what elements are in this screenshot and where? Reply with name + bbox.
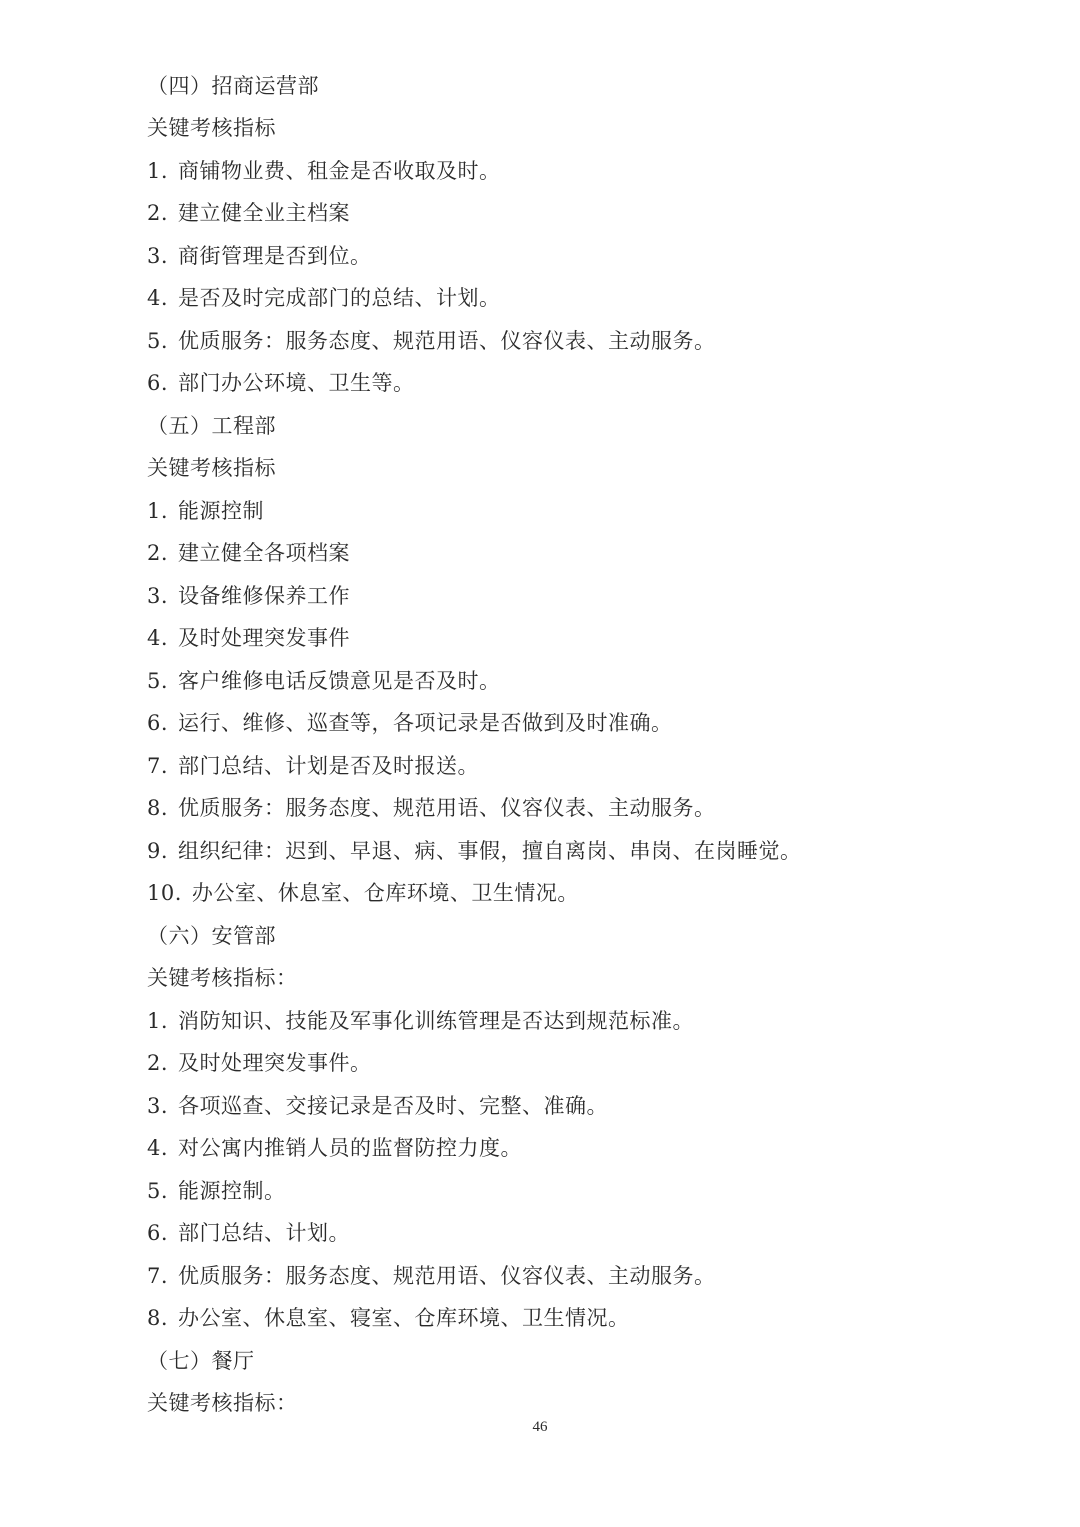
- list-item: 4.及时处理突发事件: [147, 623, 350, 653]
- list-item: 6.运行、维修、巡查等，各项记录是否做到及时准确。: [147, 708, 673, 738]
- list-item: 5.优质服务：服务态度、规范用语、仪容仪表、主动服务。: [147, 326, 716, 356]
- list-item: 3.各项巡查、交接记录是否及时、完整、准确。: [147, 1091, 608, 1121]
- list-item: 3.设备维修保养工作: [147, 581, 350, 611]
- item-number: 2.: [147, 538, 168, 568]
- list-item: 10.办公室、休息室、仓库环境、卫生情况。: [147, 878, 579, 908]
- item-number: 1.: [147, 1006, 168, 1036]
- list-item: 2.建立健全各项档案: [147, 538, 350, 568]
- page-number: 46: [0, 1417, 1080, 1437]
- list-item: 7.部门总结、计划是否及时报送。: [147, 751, 479, 781]
- item-text: 办公室、休息室、仓库环境、卫生情况。: [192, 881, 579, 905]
- item-text: 消防知识、技能及军事化训练管理是否达到规范标准。: [178, 1009, 694, 1033]
- list-item: 6.部门总结、计划。: [147, 1218, 350, 1248]
- section-title-6: （六）安管部: [147, 921, 276, 951]
- item-number: 7.: [147, 751, 168, 781]
- item-number: 10.: [147, 878, 182, 908]
- item-text: 及时处理突发事件。: [178, 1051, 372, 1075]
- list-item: 4.是否及时完成部门的总结、计划。: [147, 283, 501, 313]
- item-text: 及时处理突发事件: [178, 626, 350, 650]
- item-number: 1.: [147, 156, 168, 186]
- list-item: 3.商街管理是否到位。: [147, 241, 372, 271]
- document-page: （四）招商运营部 关键考核指标 1.商铺物业费、租金是否收取及时。 2.建立健全…: [0, 0, 1080, 1527]
- item-text: 对公寓内推销人员的监督防控力度。: [178, 1136, 522, 1160]
- section-title-5: （五）工程部: [147, 411, 276, 441]
- item-text: 各项巡查、交接记录是否及时、完整、准确。: [178, 1094, 608, 1118]
- item-text: 部门办公环境、卫生等。: [178, 371, 415, 395]
- kpi-label: 关键考核指标: [147, 113, 276, 143]
- list-item: 8.优质服务：服务态度、规范用语、仪容仪表、主动服务。: [147, 793, 716, 823]
- item-text: 建立健全各项档案: [178, 541, 350, 565]
- item-number: 7.: [147, 1261, 168, 1291]
- item-text: 优质服务：服务态度、规范用语、仪容仪表、主动服务。: [178, 329, 716, 353]
- list-item: 1.消防知识、技能及军事化训练管理是否达到规范标准。: [147, 1006, 694, 1036]
- item-number: 8.: [147, 1303, 168, 1333]
- item-number: 4.: [147, 283, 168, 313]
- item-text: 商街管理是否到位。: [178, 244, 372, 268]
- item-text: 能源控制: [178, 499, 264, 523]
- item-number: 5.: [147, 326, 168, 356]
- item-number: 3.: [147, 1091, 168, 1121]
- item-number: 6.: [147, 708, 168, 738]
- item-number: 4.: [147, 623, 168, 653]
- list-item: 5.客户维修电话反馈意见是否及时。: [147, 666, 501, 696]
- item-text: 部门总结、计划。: [178, 1221, 350, 1245]
- item-text: 组织纪律：迟到、早退、病、事假，擅自离岗、串岗、在岗睡觉。: [178, 839, 802, 863]
- item-text: 设备维修保养工作: [178, 584, 350, 608]
- item-text: 建立健全业主档案: [178, 201, 350, 225]
- list-item: 7.优质服务：服务态度、规范用语、仪容仪表、主动服务。: [147, 1261, 716, 1291]
- kpi-label: 关键考核指标：: [147, 1388, 298, 1418]
- item-text: 部门总结、计划是否及时报送。: [178, 754, 479, 778]
- list-item: 6.部门办公环境、卫生等。: [147, 368, 415, 398]
- item-number: 5.: [147, 666, 168, 696]
- item-text: 是否及时完成部门的总结、计划。: [178, 286, 501, 310]
- item-number: 2.: [147, 1048, 168, 1078]
- list-item: 1.商铺物业费、租金是否收取及时。: [147, 156, 501, 186]
- item-number: 3.: [147, 581, 168, 611]
- item-number: 1.: [147, 496, 168, 526]
- kpi-label: 关键考核指标：: [147, 963, 298, 993]
- item-text: 优质服务：服务态度、规范用语、仪容仪表、主动服务。: [178, 796, 716, 820]
- section-title-7: （七）餐厅: [147, 1346, 255, 1376]
- item-number: 9.: [147, 836, 168, 866]
- list-item: 9.组织纪律：迟到、早退、病、事假，擅自离岗、串岗、在岗睡觉。: [147, 836, 802, 866]
- item-number: 6.: [147, 368, 168, 398]
- list-item: 1.能源控制: [147, 496, 264, 526]
- list-item: 2.建立健全业主档案: [147, 198, 350, 228]
- item-number: 4.: [147, 1133, 168, 1163]
- section-title-4: （四）招商运营部: [147, 71, 319, 101]
- item-text: 运行、维修、巡查等，各项记录是否做到及时准确。: [178, 711, 673, 735]
- kpi-label: 关键考核指标: [147, 453, 276, 483]
- list-item: 2.及时处理突发事件。: [147, 1048, 372, 1078]
- list-item: 5.能源控制。: [147, 1176, 286, 1206]
- list-item: 8.办公室、休息室、寝室、仓库环境、卫生情况。: [147, 1303, 630, 1333]
- item-text: 商铺物业费、租金是否收取及时。: [178, 159, 501, 183]
- item-number: 6.: [147, 1218, 168, 1248]
- item-text: 优质服务：服务态度、规范用语、仪容仪表、主动服务。: [178, 1264, 716, 1288]
- item-text: 客户维修电话反馈意见是否及时。: [178, 669, 501, 693]
- item-number: 8.: [147, 793, 168, 823]
- item-text: 办公室、休息室、寝室、仓库环境、卫生情况。: [178, 1306, 630, 1330]
- list-item: 4.对公寓内推销人员的监督防控力度。: [147, 1133, 522, 1163]
- item-number: 2.: [147, 198, 168, 228]
- item-text: 能源控制。: [178, 1179, 286, 1203]
- item-number: 5.: [147, 1176, 168, 1206]
- item-number: 3.: [147, 241, 168, 271]
